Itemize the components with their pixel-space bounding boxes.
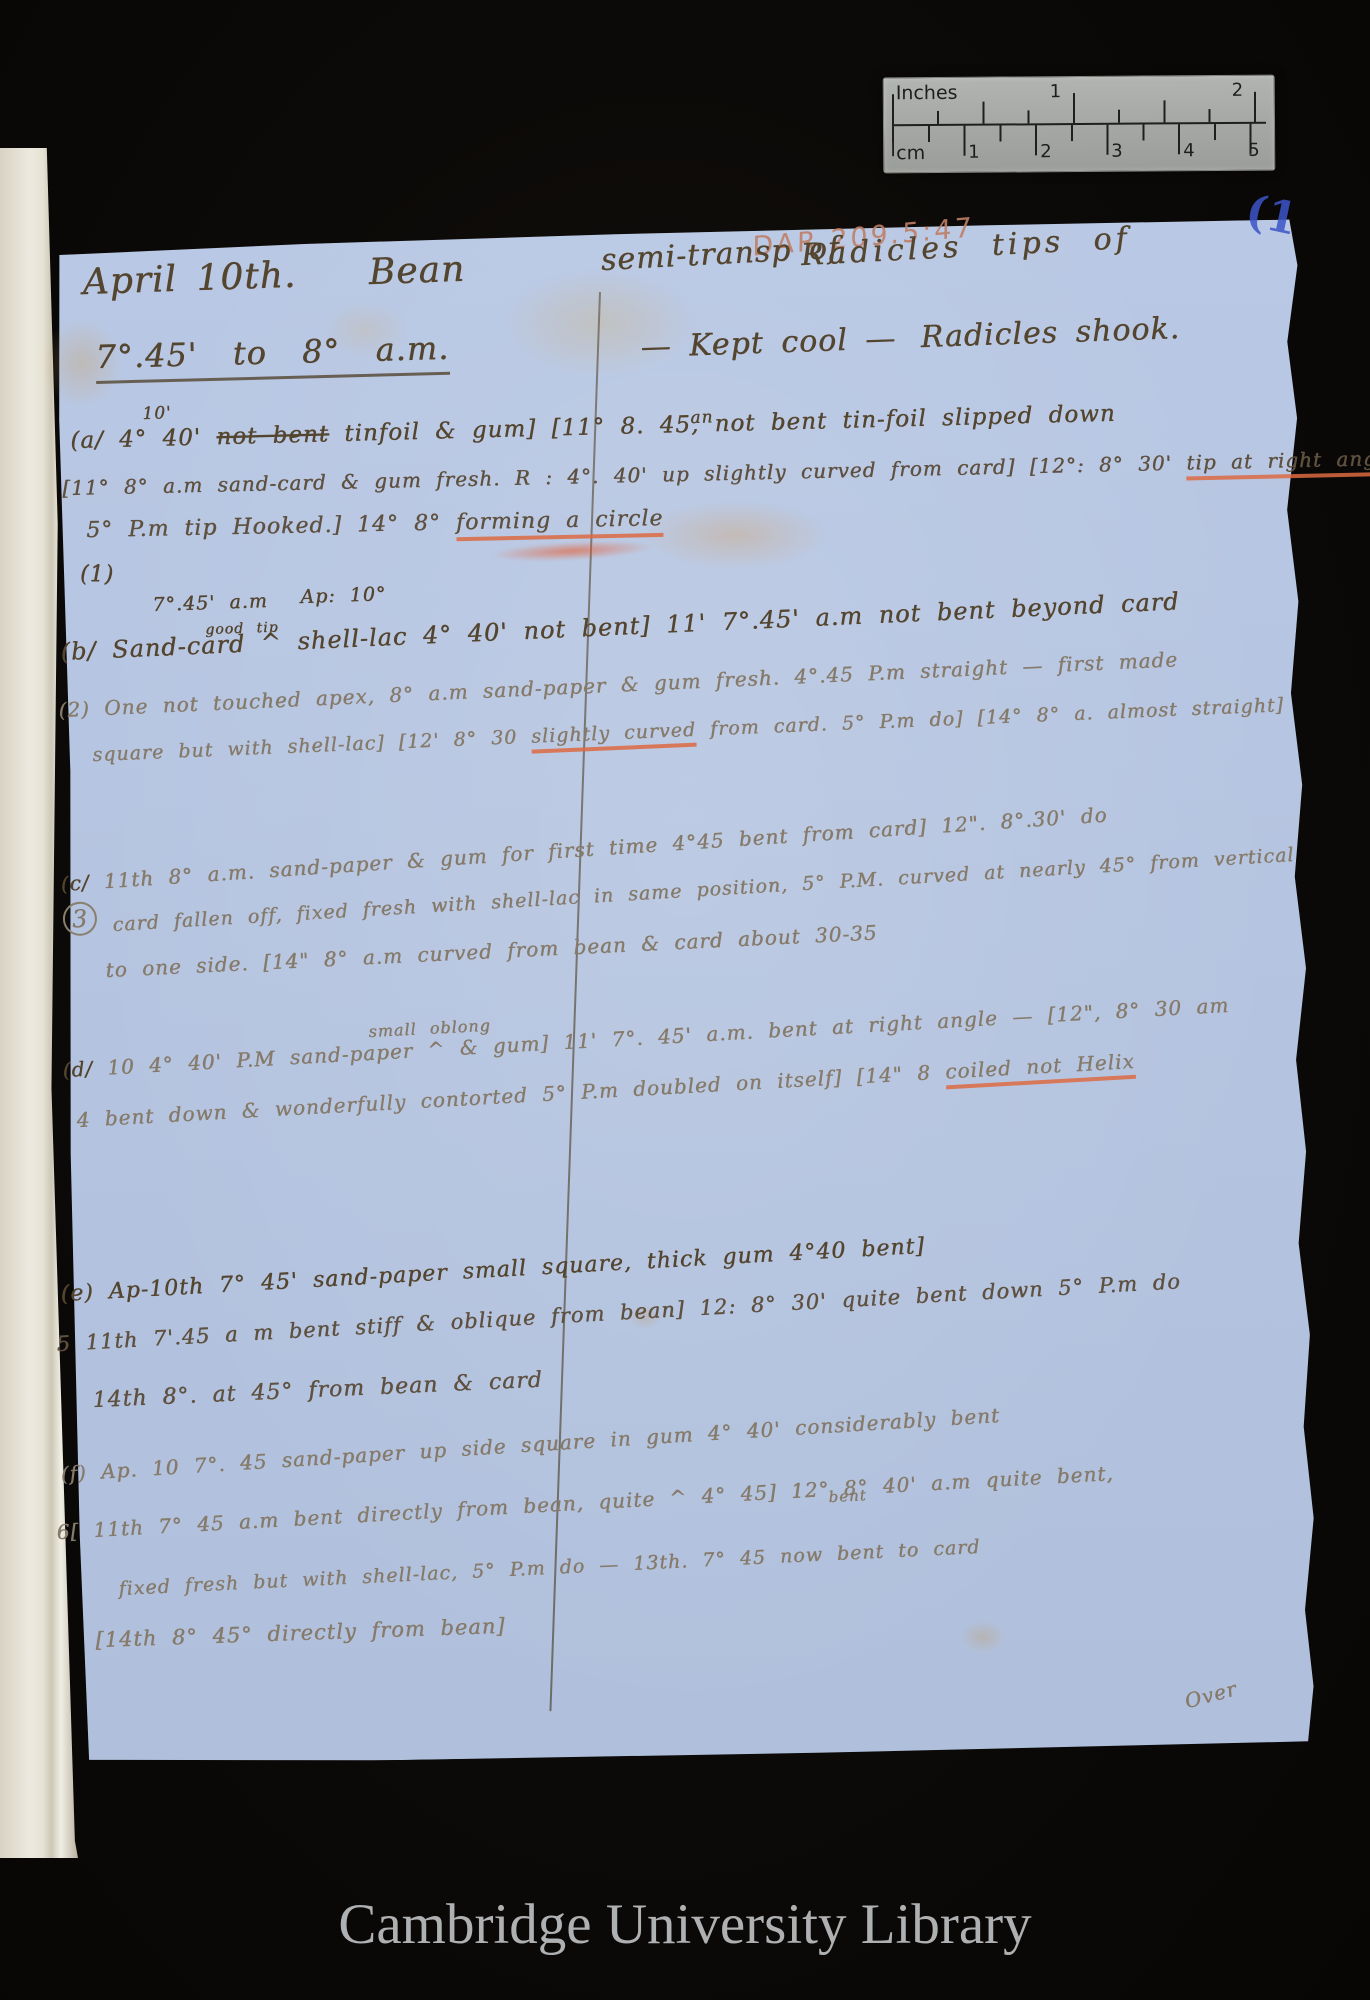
ruler-cm-number-1: 1 (968, 142, 980, 163)
ruler: Inches 1 2 cm 1 2 3 4 5 (883, 75, 1276, 174)
section-a-l2-red-underlined: tip at right angle (1186, 446, 1370, 481)
section-d-margin-label: (d/ (62, 1056, 94, 1082)
section-b-above-date: Ap: 10° (300, 583, 387, 608)
watermark-text: Cambridge University Library (0, 1892, 1370, 1957)
section-f-margin-label: (f) (60, 1460, 87, 1486)
ruler-inch-number-1: 1 (1050, 81, 1062, 102)
section-a-insert-time: 10' (142, 403, 172, 424)
page-number-mark: (1 (1241, 185, 1302, 246)
section-a-note-below: (1) (80, 562, 114, 587)
ruler-cm-number-3: 3 (1111, 141, 1123, 162)
section-c-circled-3: 3 (62, 901, 99, 937)
photo-background: Inches 1 2 cm 1 2 3 4 5 DAR 209.5:47 (1 … (0, 0, 1370, 2000)
section-a-margin-label: (a/ (70, 427, 104, 454)
section-b-above-time: 7°.45' a.m (152, 590, 268, 616)
section-c-margin-label: (c/ (60, 870, 90, 896)
section-a-l3-red-underlined: forming a circle (456, 506, 664, 541)
section-c-margin-number: 3 (62, 904, 98, 934)
title-date: April 10th. (82, 255, 297, 303)
ruler-inches-label: Inches (896, 82, 958, 104)
section-e-margin-label: (e) (60, 1280, 95, 1307)
ruler-cm-number-2: 2 (1040, 141, 1052, 162)
ruler-inch-number-2: 2 (1232, 80, 1244, 101)
section-b-margin-label: (b/ (60, 636, 97, 666)
section-a-l1-pre: 4° 40' (119, 425, 202, 453)
title-word-bean: Bean (368, 249, 466, 293)
subtitle-time-range: 7°.45' to 8° a.m. (95, 329, 450, 384)
section-a-l1-struck: not bent (216, 421, 329, 450)
ruler-cm-label: cm (896, 142, 925, 164)
ruler-cm-ticks (892, 124, 1266, 161)
ruler-cm-number-5: 5 (1248, 140, 1260, 161)
ruler-cm-number-4: 4 (1183, 140, 1195, 161)
